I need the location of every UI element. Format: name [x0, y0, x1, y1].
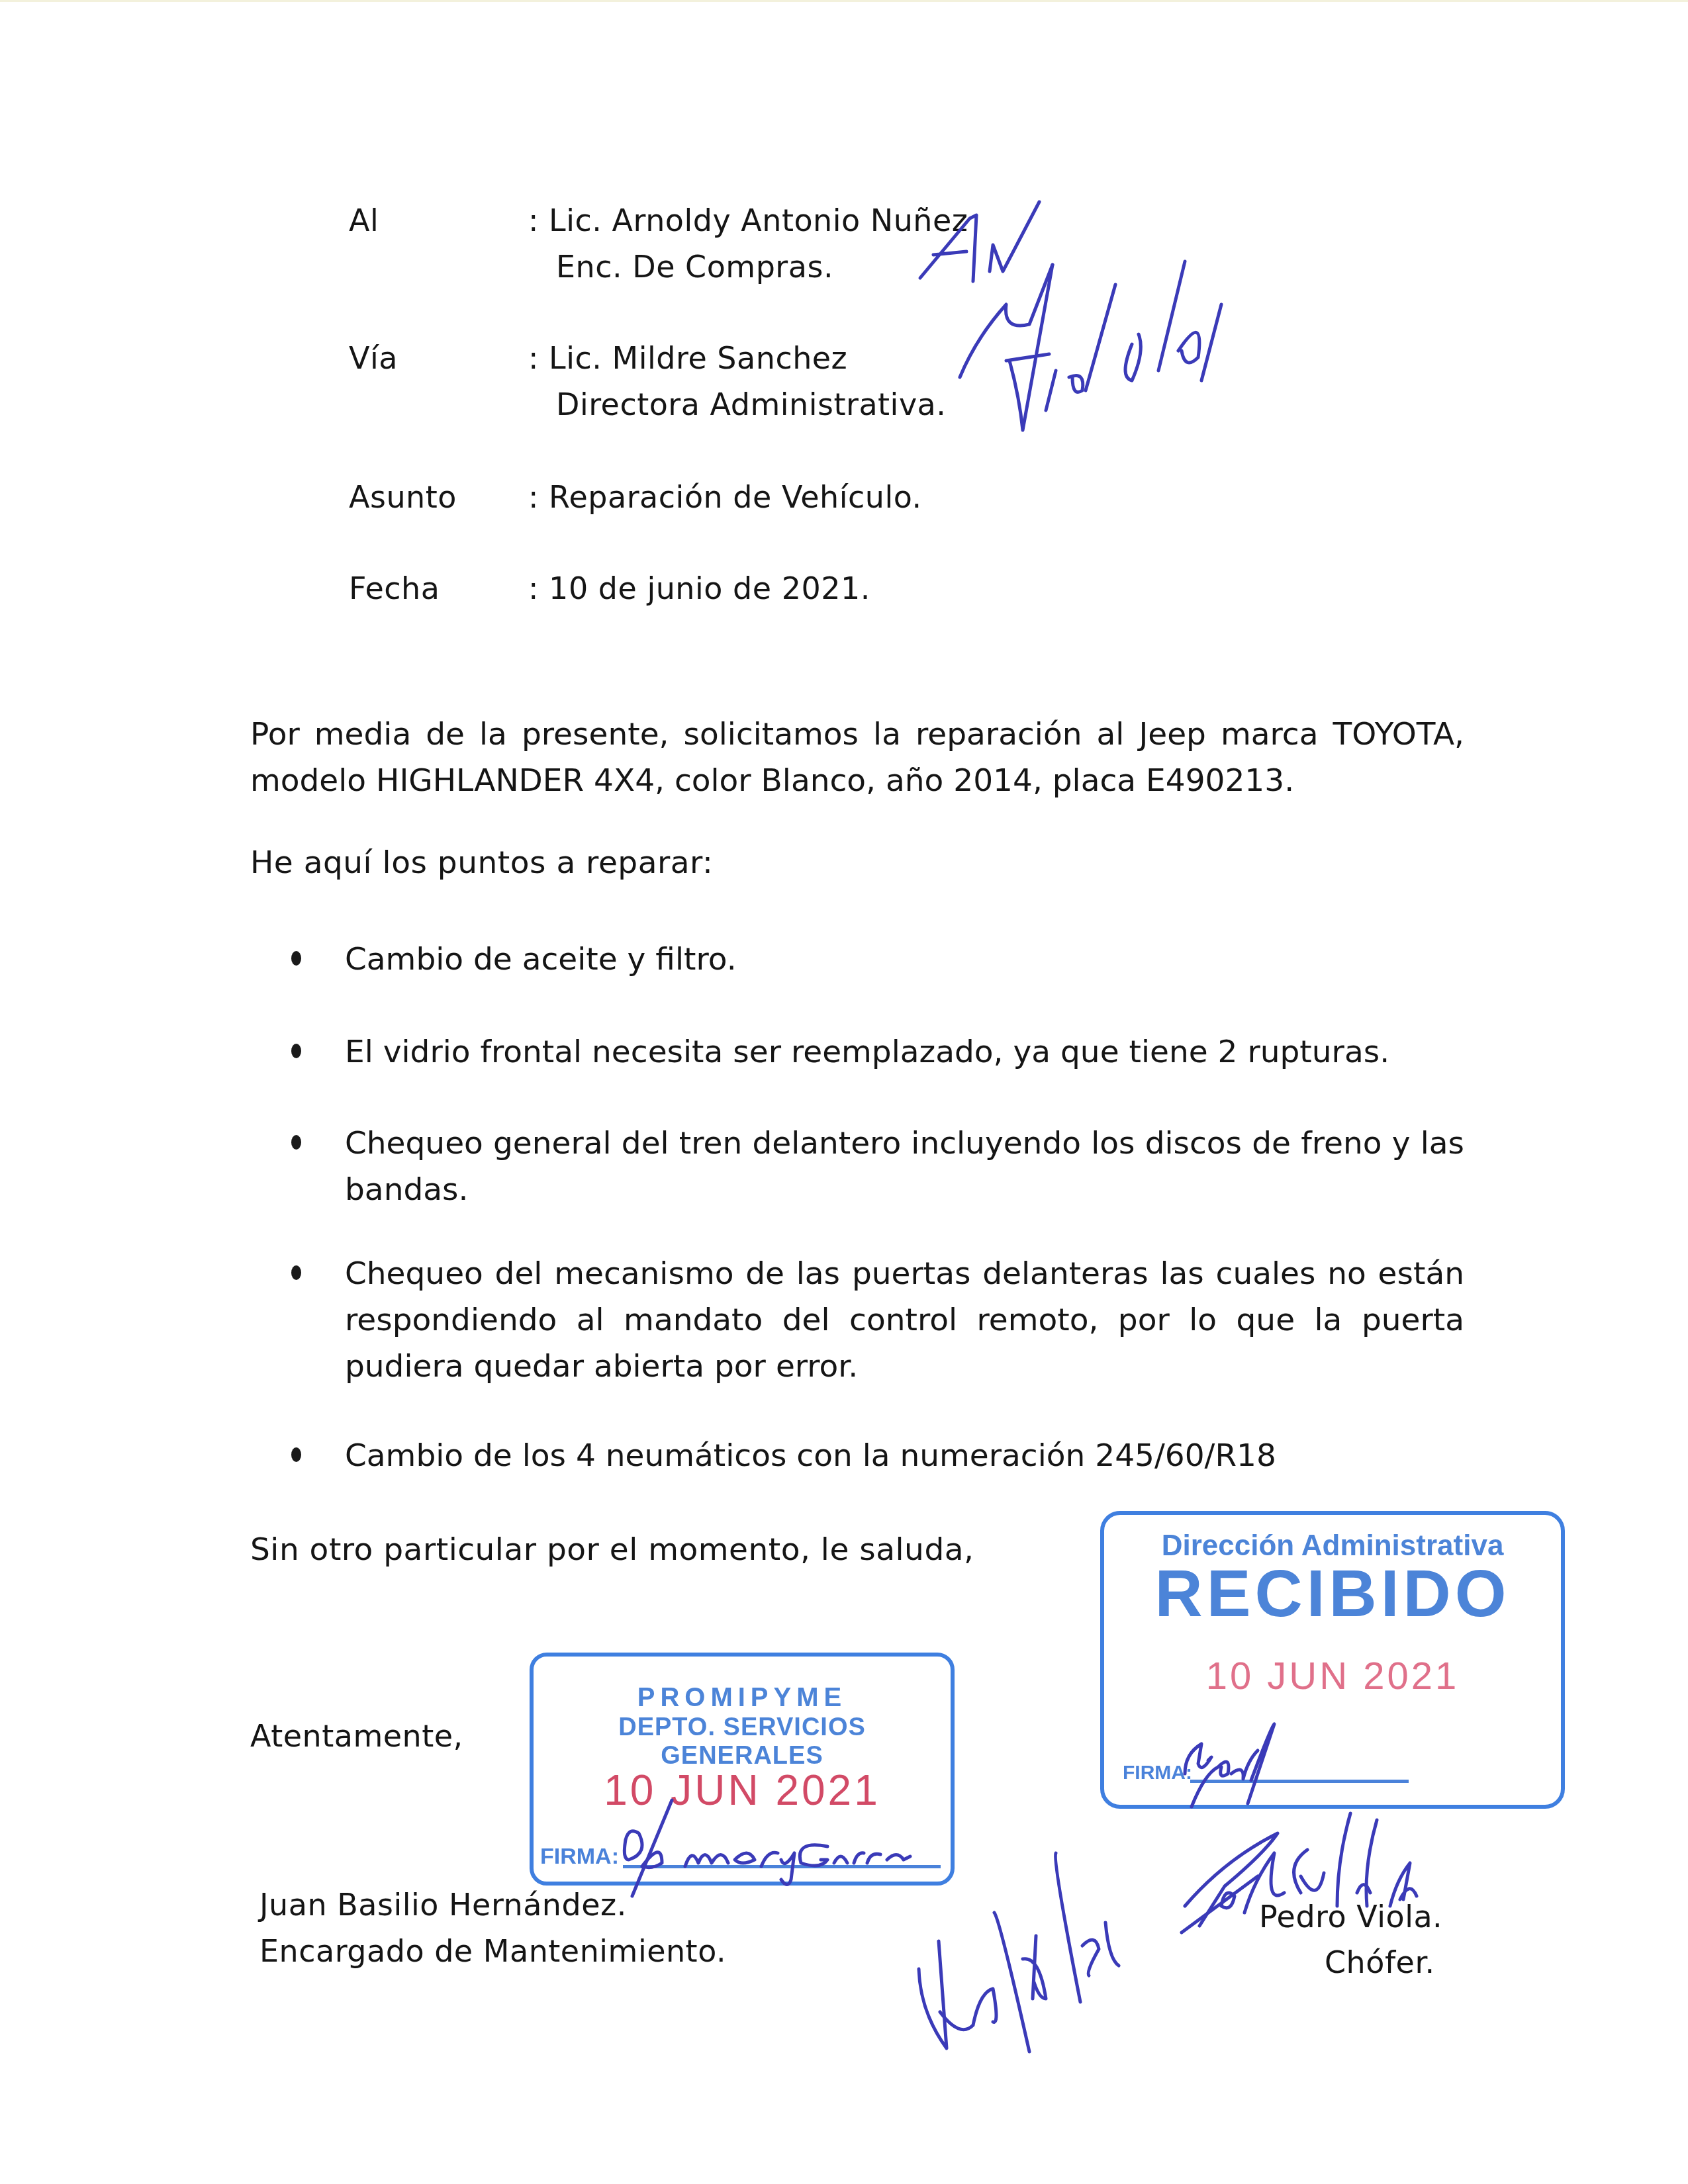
fecha-label: Fecha: [349, 573, 440, 604]
list-intro: He aquí los puntos a reparar:: [250, 847, 713, 878]
fecha-value: : 10 de junio de 2021.: [528, 573, 870, 604]
via-recipient: : Lic. Mildre Sanchez: [528, 343, 847, 373]
right-signatory-name: Pedro Viola.: [1259, 1901, 1442, 1932]
document-page: Al : Lic. Arnoldy Antonio Nuñez Enc. De …: [0, 0, 1688, 2184]
bullet-icon: [291, 951, 301, 966]
bullet-icon: [291, 1044, 301, 1058]
bullet-icon: [291, 1265, 301, 1280]
handwritten-signature-recibido: [1086, 1496, 1575, 1827]
asunto-label: Asunto: [349, 482, 457, 512]
scan-edge: [0, 0, 1688, 2]
via-label: Vía: [349, 343, 398, 373]
closing-line: Sin otro particular por el momento, le s…: [250, 1534, 974, 1565]
al-recipient-title: Enc. De Compras.: [556, 251, 833, 282]
via-recipient-title: Directora Administrativa.: [556, 389, 946, 420]
left-signatory-name: Juan Basilio Hernández.: [259, 1889, 627, 1920]
handwritten-initials-an: [914, 179, 1284, 477]
al-label: Al: [349, 205, 379, 236]
al-recipient: : Lic. Arnoldy Antonio Nuñez: [528, 205, 968, 236]
right-signatory-title: Chófer.: [1325, 1947, 1435, 1978]
bullet-icon: [291, 1135, 301, 1150]
intro-paragraph: Por media de la presente, solicitamos la…: [250, 711, 1464, 804]
asunto-value: : Reparación de Vehículo.: [528, 482, 922, 512]
left-signatory-title: Encargado de Mantenimiento.: [259, 1936, 726, 1966]
regards: Atentamente,: [250, 1721, 463, 1751]
bullet-icon: [291, 1447, 301, 1462]
